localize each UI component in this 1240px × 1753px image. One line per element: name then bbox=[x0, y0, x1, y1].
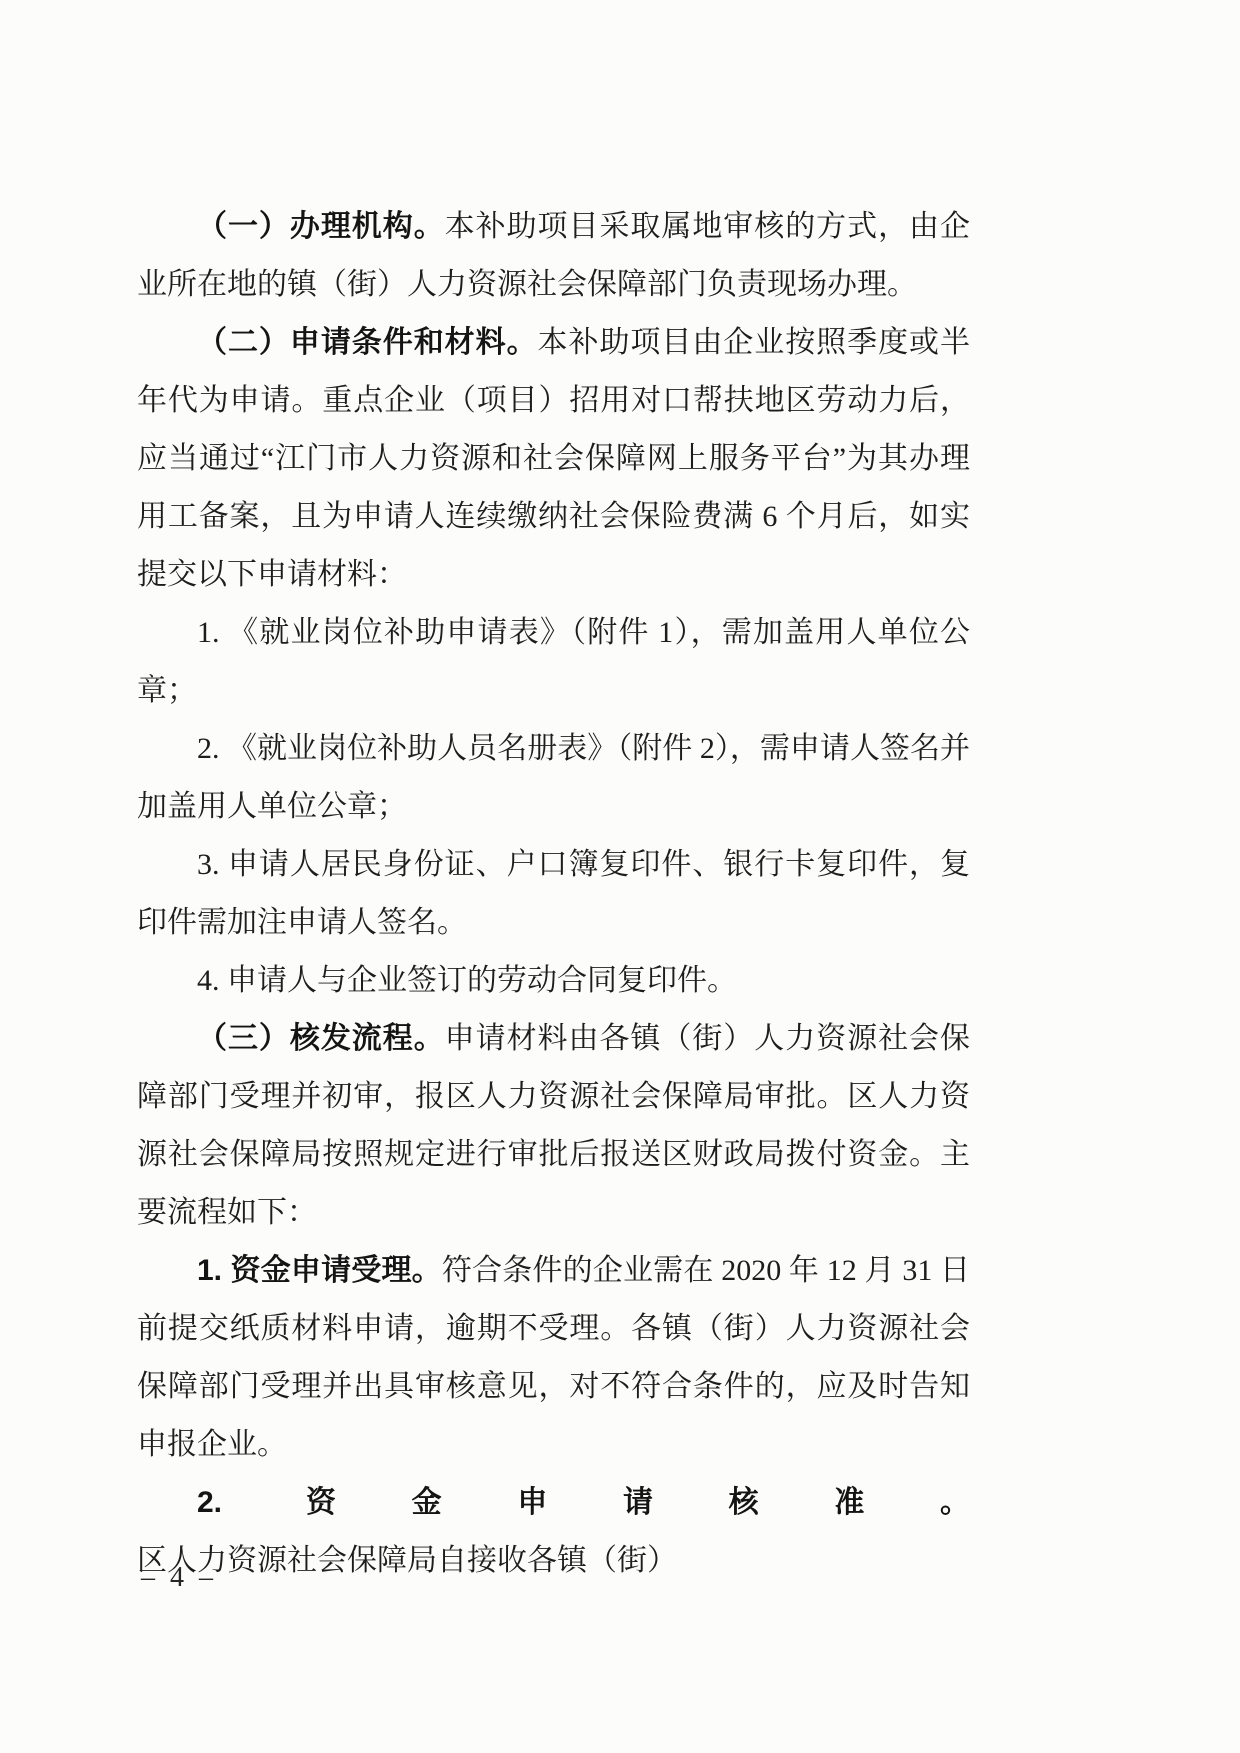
document-page: （一）办理机构。本补助项目采取属地审核的方式，由企业所在地的镇（街）人力资源社会… bbox=[0, 0, 1240, 1753]
paragraph-fund-application-approval: 2. 资金申请核准。区人力资源社会保障局自接收各镇（街） bbox=[137, 1474, 970, 1590]
paragraph-body: 2. 《就业岗位补助人员名册表》（附件 2），需申请人签名并加盖用人单位公章； bbox=[137, 732, 970, 823]
paragraph-lead: （二）申请条件和材料。 bbox=[197, 326, 538, 359]
paragraph-approval-process: （三）核发流程。申请材料由各镇（街）人力资源社会保障部门受理并初审，报区人力资源… bbox=[137, 1010, 970, 1242]
paragraph-lead: 1. 资金申请受理。 bbox=[197, 1254, 442, 1287]
page-number: – 4 – bbox=[141, 1558, 217, 1598]
paragraph-material-item-3: 3. 申请人居民身份证、户口簿复印件、银行卡复印件，复印件需加注申请人签名。 bbox=[137, 836, 970, 952]
paragraph-body: 1. 《就业岗位补助申请表》（附件 1），需加盖用人单位公章； bbox=[137, 616, 970, 707]
paragraph-lead: （三）核发流程。 bbox=[197, 1022, 445, 1055]
paragraph-handling-agency: （一）办理机构。本补助项目采取属地审核的方式，由企业所在地的镇（街）人力资源社会… bbox=[137, 198, 970, 314]
paragraph-lead: （一）办理机构。 bbox=[197, 210, 445, 243]
paragraph-body: 3. 申请人居民身份证、户口簿复印件、银行卡复印件，复印件需加注申请人签名。 bbox=[137, 848, 970, 939]
document-text-block: （一）办理机构。本补助项目采取属地审核的方式，由企业所在地的镇（街）人力资源社会… bbox=[137, 198, 970, 1590]
paragraph-fund-application-acceptance: 1. 资金申请受理。符合条件的企业需在 2020 年 12 月 31 日前提交纸… bbox=[137, 1242, 970, 1474]
paragraph-lead: 2. 资金申请核准。 bbox=[197, 1486, 970, 1519]
paragraph-body: 4. 申请人与企业签订的劳动合同复印件。 bbox=[197, 964, 737, 997]
paragraph-application-conditions: （二）申请条件和材料。本补助项目由企业按照季度或半年代为申请。重点企业（项目）招… bbox=[137, 314, 970, 604]
paragraph-body: 区人力资源社会保障局自接收各镇（街） bbox=[137, 1544, 677, 1577]
paragraph-material-item-2: 2. 《就业岗位补助人员名册表》（附件 2），需申请人签名并加盖用人单位公章； bbox=[137, 720, 970, 836]
paragraph-material-item-1: 1. 《就业岗位补助申请表》（附件 1），需加盖用人单位公章； bbox=[137, 604, 970, 720]
paragraph-material-item-4: 4. 申请人与企业签订的劳动合同复印件。 bbox=[137, 952, 970, 1010]
paragraph-body: 本补助项目由企业按照季度或半年代为申请。重点企业（项目）招用对口帮扶地区劳动力后… bbox=[137, 326, 970, 591]
